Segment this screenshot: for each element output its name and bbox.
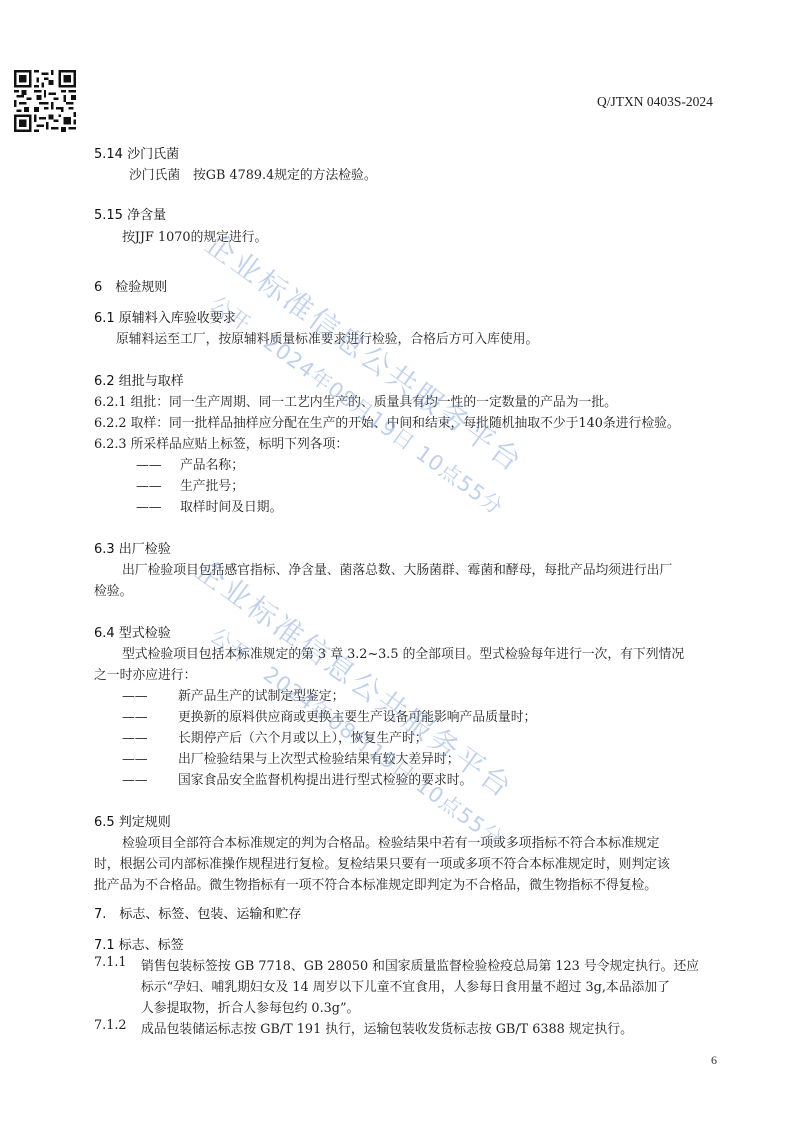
section-7-1-1-line2: 标示“孕妇、哺乳期妇女及 14 周岁以下儿童不宜食用，人参每日食用量不超过 3g… (141, 976, 670, 995)
type-test-condition: ——出厂检验结果与上次型式检验结果有较大差异时； (122, 748, 460, 767)
section-5-14-heading: 5.14 沙门氏菌 (94, 143, 179, 162)
sample-label-item: ——取样时间及日期。 (136, 496, 282, 515)
sample-label-item: ——产品名称； (136, 454, 244, 473)
section-6-2-1-text: 6.2.1 组批：同一生产周期、同一工艺内生产的、质量具有均一性的一定数量的产品… (94, 391, 617, 410)
type-test-condition: ——新产品生产的试制定型鉴定； (122, 685, 344, 704)
section-5-15-heading: 5.15 净含量 (94, 204, 166, 223)
section-7-1-heading: 7.1 标志、标签 (94, 934, 184, 953)
section-6-5-text-line3: 批产品为不合格品。微生物指标有一项不符合本标准规定即判定为不合格品，微生物指标不… (94, 874, 657, 893)
section-6-heading: 6 检验规则 (94, 276, 167, 295)
section-6-1-text: 原辅料运至工厂，按原辅料质量标准要求进行检验，合格后方可入库使用。 (116, 328, 538, 347)
type-test-condition: ——更换新的原料供应商或更换主要生产设备可能影响产品质量时； (122, 706, 536, 725)
section-7-1-2-text: 成品包装储运标志按 GB/T 191 执行，运输包装收发货标志按 GB/T 63… (141, 1018, 633, 1037)
section-5-15-text: 按JJF 1070的规定进行。 (122, 226, 267, 245)
section-6-2-2-text: 6.2.2 取样：同一批样品抽样应分配在生产的开始、中间和结束，每批随机抽取不少… (94, 412, 680, 431)
sample-label-item: ——生产批号； (136, 475, 244, 494)
section-6-4-text-line1: 型式检验项目包括本标准规定的第 3 章 3.2~3.5 的全部项目。型式检验每年… (122, 643, 684, 662)
qr-code-icon (14, 70, 76, 132)
section-6-1-heading: 6.1 原辅料入库验收要求 (94, 307, 236, 326)
section-6-5-heading: 6.5 判定规则 (94, 811, 171, 830)
section-5-14-text: 沙门氏菌 按GB 4789.4规定的方法检验。 (129, 164, 377, 183)
section-7-heading: 7. 标志、标签、包装、运输和贮存 (94, 903, 301, 922)
section-7-1-1-line1: 销售包装标签按 GB 7718、GB 28050 和国家质量监督检验检疫总局第 … (141, 955, 699, 974)
section-6-3-heading: 6.3 出厂检验 (94, 538, 171, 557)
section-6-4-heading: 6.4 型式检验 (94, 622, 171, 641)
section-6-2-3-text: 6.2.3 所采样品应贴上标签，标明下列各项： (94, 433, 348, 452)
type-test-condition: ——国家食品安全监督机构提出进行型式检验的要求时。 (122, 769, 472, 788)
section-7-1-2-number: 7.1.2 (94, 1018, 127, 1033)
section-6-3-text-line2: 检验。 (94, 580, 132, 599)
section-6-2-heading: 6.2 组批与取样 (94, 370, 184, 389)
section-6-5-text-line1: 检验项目全部符合本标准规定的判为合格品。检验结果中若有一项或多项指标不符合本标准… (122, 832, 659, 851)
document-id: Q/JTXN 0403S-2024 (597, 94, 713, 110)
type-test-condition: ——长期停产后（六个月或以上），恢复生产时； (122, 727, 428, 746)
section-6-3-text-line1: 出厂检验项目包括感官指标、净含量、菌落总数、大肠菌群、霉菌和酵母，每批产品均须进… (122, 559, 672, 578)
section-7-1-1-line3: 人参提取物，折合人参每包约 0.3g”。 (141, 997, 359, 1016)
section-6-4-text-line2: 之一时亦应进行： (94, 664, 196, 683)
section-6-5-text-line2: 时，根据公司内部标准操作规程进行复检。复检结果只要有一项或多项不符合本标准规定时… (94, 853, 670, 872)
page-number: 6 (711, 1053, 717, 1068)
section-7-1-1-number: 7.1.1 (94, 955, 127, 970)
